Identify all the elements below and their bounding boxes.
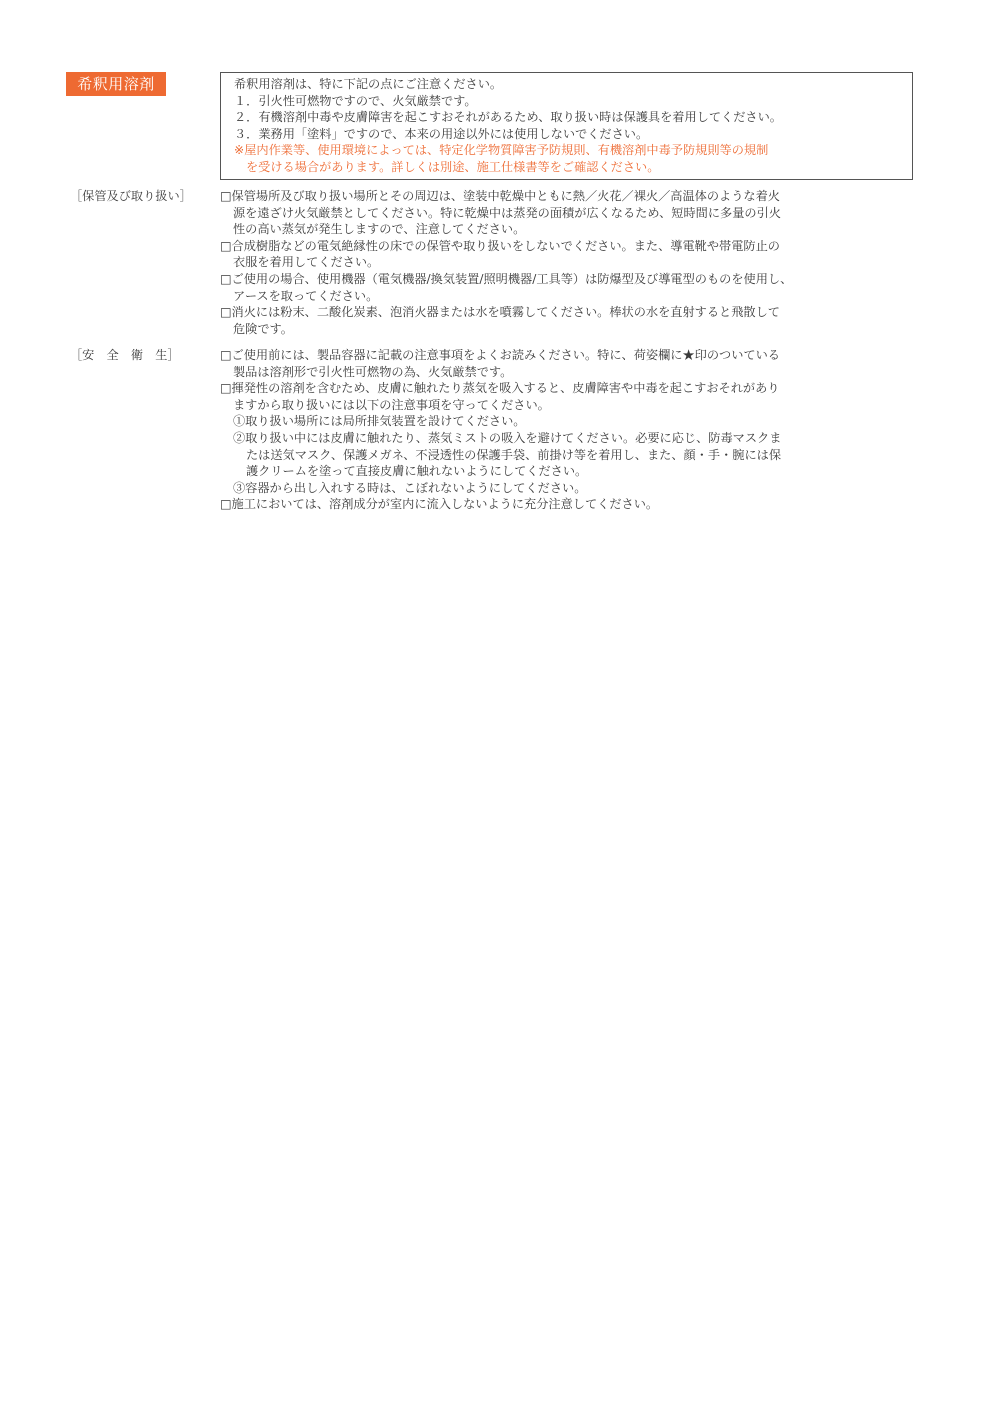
bullet-line: □施工においては、溶剤成分が室内に流入しないように充分注意してください。	[220, 496, 920, 513]
continuation-line: 衣服を着用してください。	[220, 254, 920, 271]
regulation-warning: を受ける場合があります。詳しくは別途、施工仕様書等をご確認ください。	[234, 159, 912, 176]
section-body: □保管場所及び取り扱い場所とその周辺は、塗装中乾燥中ともに熱／火花／裸火／高温体…	[220, 188, 920, 337]
section-label: ［安 全 衛 生］	[70, 347, 220, 364]
section-badge: 希釈用溶剤	[66, 72, 166, 96]
bullet-line: □保管場所及び取り扱い場所とその周辺は、塗装中乾燥中ともに熱／火花／裸火／高温体…	[220, 188, 920, 205]
notice-item: ２．有機溶剤中毒や皮膚障害を起こすおそれがあるため、取り扱い時は保護具を着用して…	[234, 109, 912, 126]
continuation-line: 製品は溶剤形で引火性可燃物の為、火気厳禁です。	[220, 364, 920, 381]
continuation-line: 危険です。	[220, 321, 920, 338]
continuation-line: 性の高い蒸気が発生しますので、注意してください。	[220, 221, 920, 238]
numbered-item-continuation: たは送気マスク、保護メガネ、不浸透性の保護手袋、前掛け等を着用し、また、顔・手・…	[220, 447, 920, 464]
numbered-item: ②取り扱い中には皮膚に触れたり、蒸気ミストの吸入を避けてください。必要に応じ、防…	[220, 430, 920, 447]
bullet-line: □ご使用前には、製品容器に記載の注意事項をよくお読みください。特に、荷姿欄に★印…	[220, 347, 920, 364]
notice-item: １．引火性可燃物ですので、火気厳禁です。	[234, 93, 912, 110]
bullet-line: □合成樹脂などの電気絶縁性の床での保管や取り扱いをしないでください。また、導電靴…	[220, 238, 920, 255]
bullet-line: □ご使用の場合、使用機器（電気機器/換気装置/照明機器/工具等）は防爆型及び導電…	[220, 271, 920, 288]
section-label: ［保管及び取り扱い］	[70, 188, 220, 205]
notice-box: 希釈用溶剤は、特に下記の点にご注意ください。 １．引火性可燃物ですので、火気厳禁…	[220, 72, 913, 180]
numbered-item: ③容器から出し入れする時は、こぼれないようにしてください。	[220, 480, 920, 497]
numbered-item: ①取り扱い場所には局所排気装置を設けてください。	[220, 413, 920, 430]
regulation-warning: ※屋内作業等、使用環境によっては、特定化学物質障害予防規則、有機溶剤中毒予防規則…	[234, 142, 912, 159]
bullet-line: □揮発性の溶剤を含むため、皮膚に触れたり蒸気を吸入すると、皮膚障害や中毒を起こす…	[220, 380, 920, 397]
continuation-line: アースを取ってください。	[220, 288, 920, 305]
section-body: □ご使用前には、製品容器に記載の注意事項をよくお読みください。特に、荷姿欄に★印…	[220, 347, 920, 513]
notice-item: ３．業務用「塗料」ですので、本来の用途以外には使用しないでください。	[234, 126, 912, 143]
continuation-line: ますから取り扱いには以下の注意事項を守ってください。	[220, 397, 920, 414]
continuation-line: 源を遠ざけ火気厳禁としてください。特に乾燥中は蒸発の面積が広くなるため、短時間に…	[220, 205, 920, 222]
numbered-item-continuation: 護クリームを塗って直接皮膚に触れないようにしてください。	[220, 463, 920, 480]
bullet-line: □消火には粉末、二酸化炭素、泡消火器または水を噴霧してください。棒状の水を直射す…	[220, 304, 920, 321]
notice-intro: 希釈用溶剤は、特に下記の点にご注意ください。	[234, 76, 912, 93]
